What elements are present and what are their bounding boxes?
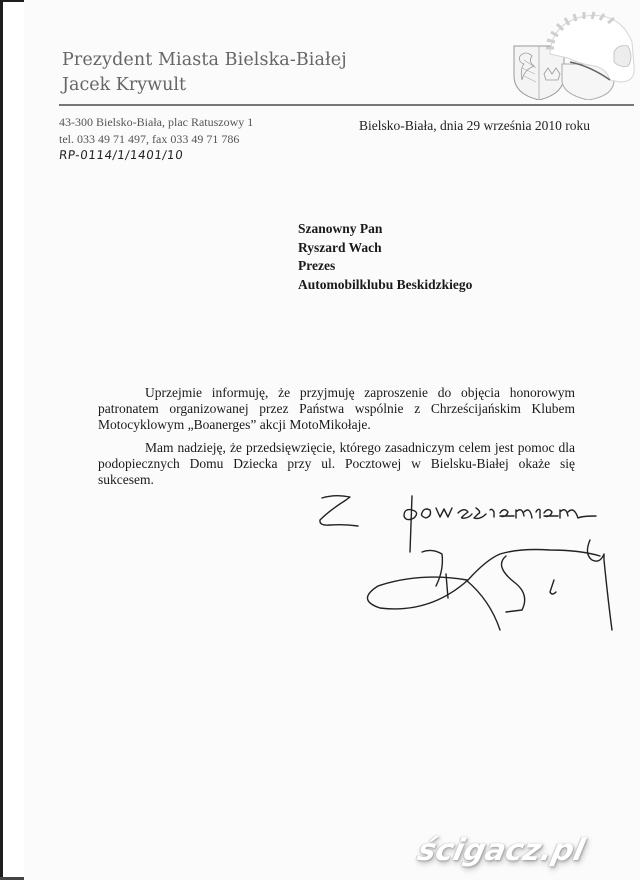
letterhead-contact: tel. 033 49 71 497, fax 033 49 71 786 [59,132,239,147]
scan-edge-left [0,0,3,880]
handwritten-signature [300,480,620,640]
letterhead-address: 43-300 Bielsko-Biała, plac Ratuszowy 1 [59,115,253,130]
reference-number: RP-0114/1/1401/10 [58,148,184,162]
body-paragraph: Uprzejmie informuję, że przyjmuję zapros… [98,385,575,433]
watermark-logo: ścigacz.pl [414,833,587,868]
letterhead-office-title: Prezydent Miasta Bielska-Białej [62,50,347,70]
letterhead-person-name: Jacek Krywult [62,75,186,95]
recipient-block: Szanowny Pan Ryszard Wach Prezes Automob… [298,220,472,294]
recipient-position: Prezes [298,257,472,276]
letterhead-divider [59,104,634,106]
recipient-salutation: Szanowny Pan [298,220,472,239]
letter-date: Bielsko-Biała, dnia 29 września 2010 rok… [359,118,590,134]
recipient-name: Ryszard Wach [298,239,472,258]
recipient-organization: Automobilklubu Beskidzkiego [298,276,472,295]
body-paragraph-1-text: Uprzejmie informuję, że przyjmuję zapros… [98,385,575,432]
scan-edge-top [0,0,25,2]
letterhead-emblems [510,8,640,100]
